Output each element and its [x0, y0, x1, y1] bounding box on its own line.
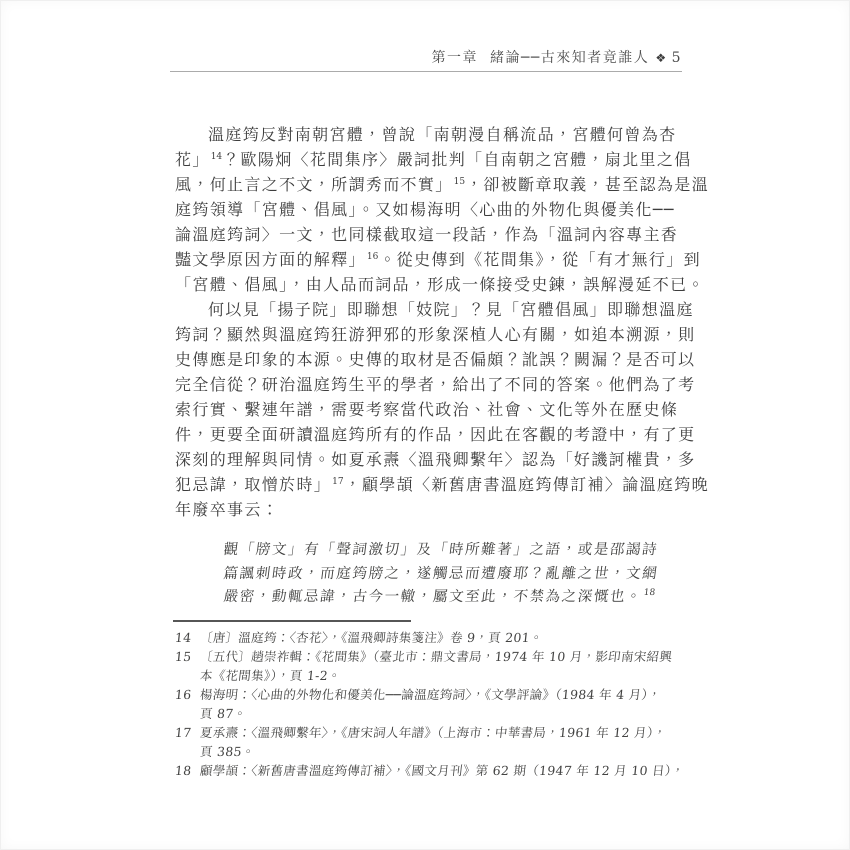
text-line: 深刻的理解與同情。如夏承燾〈溫飛卿繫年〉認為「好譏訶權貴，多	[175, 447, 695, 472]
block-quote: 觀「牓文」有「聲詞激切」及「時所難著」之語，或是邵謁詩篇諷刺時政，而庭筠牓之，遂…	[222, 539, 682, 610]
footnote-item: 15〔五代〕趙崇祚輯：《花間集》（臺北市：鼎文書局，1974 年 10 月，影印…	[175, 647, 687, 685]
text-line: 觀「牓文」有「聲詞激切」及「時所難著」之語，或是邵謁詩	[222, 539, 685, 563]
header-rule	[170, 71, 682, 72]
footnote-text: 〔五代〕趙崇祚輯：《花間集》（臺北市：鼎文書局，1974 年 10 月，影印南宋…	[199, 647, 687, 685]
running-header: 第一章緒論──古來知者竟誰人❖5	[170, 47, 682, 67]
chapter-title: 緒論──古來知者竟誰人	[490, 50, 649, 66]
footnote-text: 夏承燾：〈溫飛卿繫年〉，《唐宋詞人年譜》（上海市：中華書局，1961 年 12 …	[199, 723, 687, 761]
footnote-item: 16楊海明：〈心曲的外物化和優美化──論溫庭筠詞〉，《文學評論》（1984 年 …	[175, 685, 687, 723]
page-number: 5	[672, 50, 682, 66]
footnote-number: 18	[174, 761, 200, 780]
paragraph-1: 溫庭筠反對南朝宮體，曾說「南朝漫自稱流品，宮體何曾為杏花」14？歐陽炯〈花間集序…	[175, 122, 695, 297]
text-line: 史傳應是印象的本源。史傳的取材是否偏頗？訛誤？闕漏？是否可以	[175, 347, 695, 372]
text-line: 犯忌諱，取憎於時」17，顧學頡〈新舊唐書溫庭筠傳訂補〉論溫庭筠晚	[175, 472, 695, 497]
footnote-ref: 14	[211, 152, 222, 162]
footnote-separator	[173, 620, 411, 622]
text-line: 風，何止言之不文，所謂秀而不實」15，卻被斷章取義，甚至認為是溫	[175, 172, 695, 197]
footnote-number: 15	[174, 647, 200, 666]
chapter-label: 第一章	[431, 50, 478, 66]
footnote-item: 17夏承燾：〈溫飛卿繫年〉，《唐宋詞人年譜》（上海市：中華書局，1961 年 1…	[175, 723, 687, 761]
footnote-item: 18顧學頡：〈新舊唐書溫庭筠傳訂補〉，《國文月刊》第 62 期（1947 年 1…	[175, 761, 687, 780]
footnote-text: 楊海明：〈心曲的外物化和優美化──論溫庭筠詞〉，《文學評論》（1984 年 4 …	[199, 685, 687, 723]
text-line: 年廢卒事云：	[175, 497, 695, 522]
text-line: 「宮體、倡風」，由人品而詞品，形成一條接受史鍊，誤解漫延不已。	[175, 272, 695, 297]
footnote-ref: 15	[454, 177, 465, 187]
footnote-number: 17	[174, 723, 200, 742]
footnote-ref: 18	[643, 588, 656, 598]
body-text: 溫庭筠反對南朝宮體，曾說「南朝漫自稱流品，宮體何曾為杏花」14？歐陽炯〈花間集序…	[175, 122, 695, 522]
text-line: 花」14？歐陽炯〈花間集序〉嚴詞批判「自南朝之宮體，扇北里之倡	[175, 147, 695, 172]
diamond-ornament-icon: ❖	[655, 51, 667, 65]
text-line: 庭筠領導「宮體、倡風」。又如楊海明〈心曲的外物化與優美化──	[175, 197, 695, 222]
paragraph-2: 何以見「揚子院」即聯想「妓院」？見「宮體倡風」即聯想溫庭筠詞？顯然與溫庭筠狂游狎…	[175, 297, 695, 522]
text-line: 頁 87。	[199, 704, 689, 723]
footnote-item: 14〔唐〕溫庭筠：〈杏花〉，《溫飛卿詩集箋注》卷 9，頁 201。	[175, 628, 687, 647]
text-line: 豔文學原因方面的解釋」16。從史傳到《花間集》，從「有才無行」到	[175, 247, 695, 272]
footnote-ref: 16	[367, 252, 378, 262]
text-line: 顧學頡：〈新舊唐書溫庭筠傳訂補〉，《國文月刊》第 62 期（1947 年 12 …	[199, 761, 689, 780]
text-line: 論溫庭筠詞〉一文，也同樣截取這一段話，作為「溫詞內容專主香	[175, 222, 695, 247]
text-line: 何以見「揚子院」即聯想「妓院」？見「宮體倡風」即聯想溫庭	[175, 297, 695, 322]
text-line: 篇諷刺時政，而庭筠牓之，遂觸忌而遭廢耶？亂離之世，文網	[222, 563, 685, 587]
text-line: 嚴密，動輒忌諱，古今一轍，屬文至此，不禁為之深慨也。18	[222, 586, 685, 610]
text-line: 〔唐〕溫庭筠：〈杏花〉，《溫飛卿詩集箋注》卷 9，頁 201。	[199, 628, 689, 647]
footnotes: 14〔唐〕溫庭筠：〈杏花〉，《溫飛卿詩集箋注》卷 9，頁 201。15〔五代〕趙…	[175, 628, 687, 780]
footnote-ref: 17	[332, 477, 343, 487]
text-line: 索行實、繫連年譜，需要考察當代政治、社會、文化等外在歷史條	[175, 397, 695, 422]
footnote-number: 16	[174, 685, 200, 704]
text-line: 〔五代〕趙崇祚輯：《花間集》（臺北市：鼎文書局，1974 年 10 月，影印南宋…	[199, 647, 689, 666]
footnote-text: 顧學頡：〈新舊唐書溫庭筠傳訂補〉，《國文月刊》第 62 期（1947 年 12 …	[199, 761, 687, 780]
text-line: 完全信從？研治溫庭筠生平的學者，給出了不同的答案。他們為了考	[175, 372, 695, 397]
footnote-number: 14	[174, 628, 200, 647]
book-page: 第一章緒論──古來知者竟誰人❖5 溫庭筠反對南朝宮體，曾說「南朝漫自稱流品，宮體…	[0, 0, 850, 850]
footnote-text: 〔唐〕溫庭筠：〈杏花〉，《溫飛卿詩集箋注》卷 9，頁 201。	[199, 628, 687, 647]
text-line: 件，更要全面研讀溫庭筠所有的作品，因此在客觀的考證中，有了更	[175, 422, 695, 447]
text-line: 本《花間集》），頁 1-2。	[199, 666, 689, 685]
text-line: 頁 385。	[199, 742, 689, 761]
text-line: 溫庭筠反對南朝宮體，曾說「南朝漫自稱流品，宮體何曾為杏	[175, 122, 695, 147]
text-line: 夏承燾：〈溫飛卿繫年〉，《唐宋詞人年譜》（上海市：中華書局，1961 年 12 …	[199, 723, 689, 742]
text-line: 楊海明：〈心曲的外物化和優美化──論溫庭筠詞〉，《文學評論》（1984 年 4 …	[199, 685, 689, 704]
text-line: 筠詞？顯然與溫庭筠狂游狎邪的形象深植人心有關，如追本溯源，則	[175, 322, 695, 347]
